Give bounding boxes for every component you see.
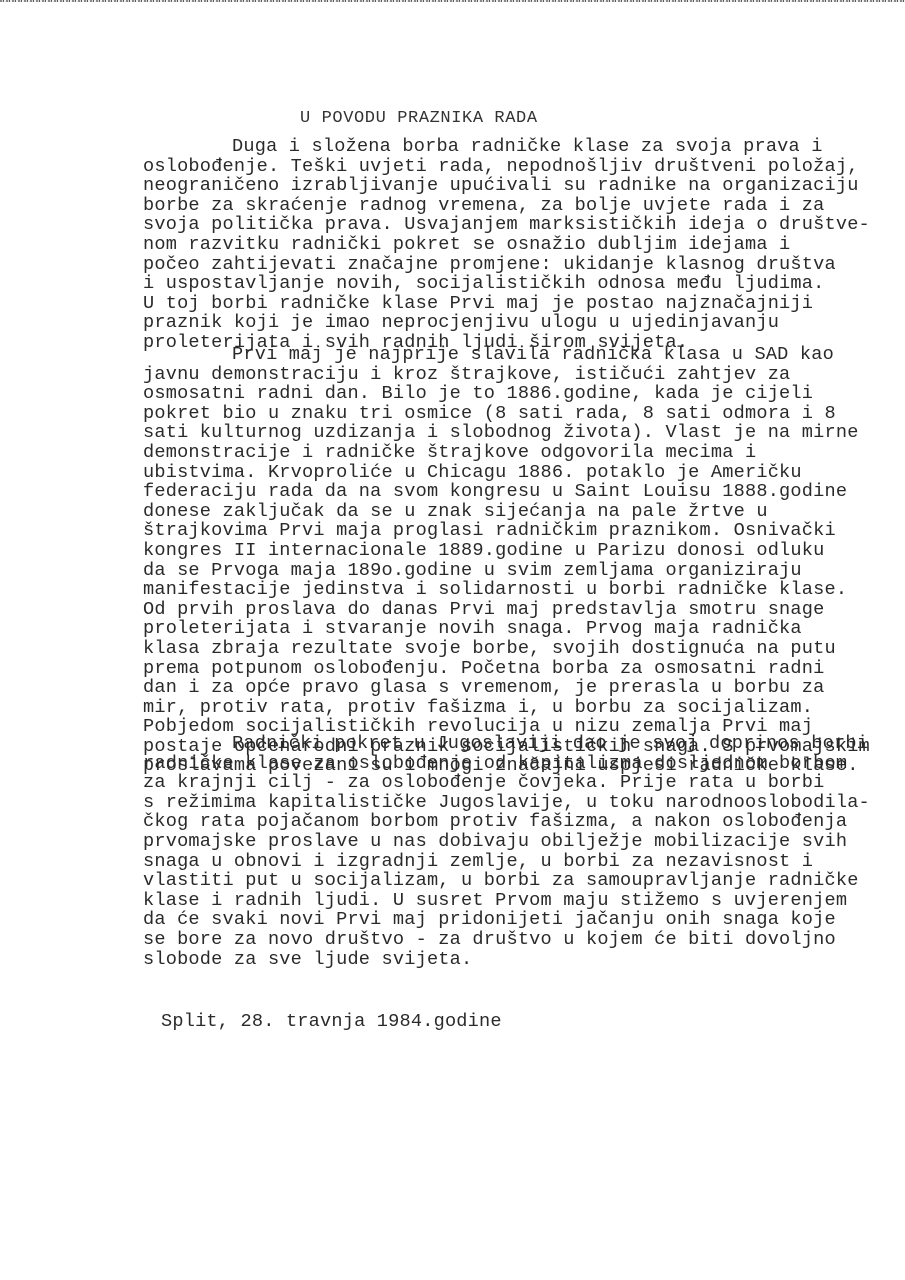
text-line: neograničeno izrabljivanje upućivali su … [143,176,903,196]
text-line: borbe za skraćenje radnog vremena, za bo… [143,196,903,216]
text-line: i uspostavljanje novih, socijalističkih … [143,274,903,294]
text-line: osmosatni radni dan. Bilo je to 1886.god… [143,384,903,404]
text-line: oslobođenje. Teški uvjeti rada, nepodnoš… [143,157,903,177]
paragraph-2: Prvi maj je najprije slavila radnička kl… [143,345,903,776]
text-line: demonstracije i radničke štrajkove odgov… [143,443,903,463]
typewritten-page: U POVODU PRAZNIKA RADA Duga i složena bo… [0,0,905,1280]
text-line: klasa zbraja rezultate svoje borbe, svoj… [143,639,903,659]
text-line: snaga u obnovi i izgradnji zemlje, u bor… [143,852,903,872]
text-line: dan i za opće pravo glasa s vremenom, je… [143,678,903,698]
text-line: Radnički pokret u Jugoslaviji dao je svo… [143,734,903,754]
text-line: čkog rata pojačanom borbom protiv fašizm… [143,812,903,832]
place-and-date: Split, 28. travnja 1984.godine [161,1011,502,1032]
text-line: se bore za novo društvo - za društvo u k… [143,930,903,950]
text-line: da će svaki novi Prvi maj pridonijeti ja… [143,910,903,930]
text-line: svoja politička prava. Usvajanjem marksi… [143,215,903,235]
text-line: Od prvih proslava do danas Prvi maj pred… [143,600,903,620]
text-line: nom razvitku radnički pokret se osnažio … [143,235,903,255]
text-line: ubistvima. Krvoproliće u Chicagu 1886. p… [143,463,903,483]
text-line: za krajnji cilj - za oslobođenje čovjeka… [143,773,903,793]
text-line: vlastiti put u socijalizam, u borbi za s… [143,871,903,891]
text-line: pokret bio u znaku tri osmice (8 sati ra… [143,404,903,424]
text-line: počeo zahtijevati značajne promjene: uki… [143,255,903,275]
document-title: U POVODU PRAZNIKA RADA [300,109,538,128]
text-line: Prvi maj je najprije slavila radnička kl… [143,345,903,365]
paragraph-3: Radnički pokret u Jugoslaviji dao je svo… [143,734,903,969]
text-line: klase i radnih ljudi. U susret Prvom maj… [143,891,903,911]
text-line: donese zaključak da se u znak sijećanja … [143,502,903,522]
text-line: mir, protiv rata, protiv fašizma i, u bo… [143,698,903,718]
text-line: U toj borbi radničke klase Prvi maj je p… [143,294,903,314]
paragraph-1: Duga i složena borba radničke klase za s… [143,137,903,353]
text-line: federaciju rada da na svom kongresu u Sa… [143,482,903,502]
text-line: štrajkovima Prvi maja proglasi radničkim… [143,521,903,541]
text-line: kongres II internacionale 1889.godine u … [143,541,903,561]
text-line: s režimima kapitalističke Jugoslavije, u… [143,793,903,813]
text-line: Duga i složena borba radničke klase za s… [143,137,903,157]
text-line: manifestacije jedinstva i solidarnosti u… [143,580,903,600]
text-line: prema potpunom oslobođenju. Početna borb… [143,659,903,679]
text-line: slobode za sve ljude svijeta. [143,950,903,970]
text-line: praznik koji je imao neprocjenjivu ulogu… [143,313,903,333]
text-line: javnu demonstraciju i kroz štrajkove, is… [143,365,903,385]
text-line: proleterijata i stvaranje novih snaga. P… [143,619,903,639]
text-line: da se Prvoga maja 189o.godine u svim zem… [143,561,903,581]
text-line: prvomajske proslave u nas dobivaju obilj… [143,832,903,852]
text-line: radničke klase za oslobođenje od kapital… [143,754,903,774]
text-line: sati kulturnog uzdizanja i slobodnog živ… [143,423,903,443]
